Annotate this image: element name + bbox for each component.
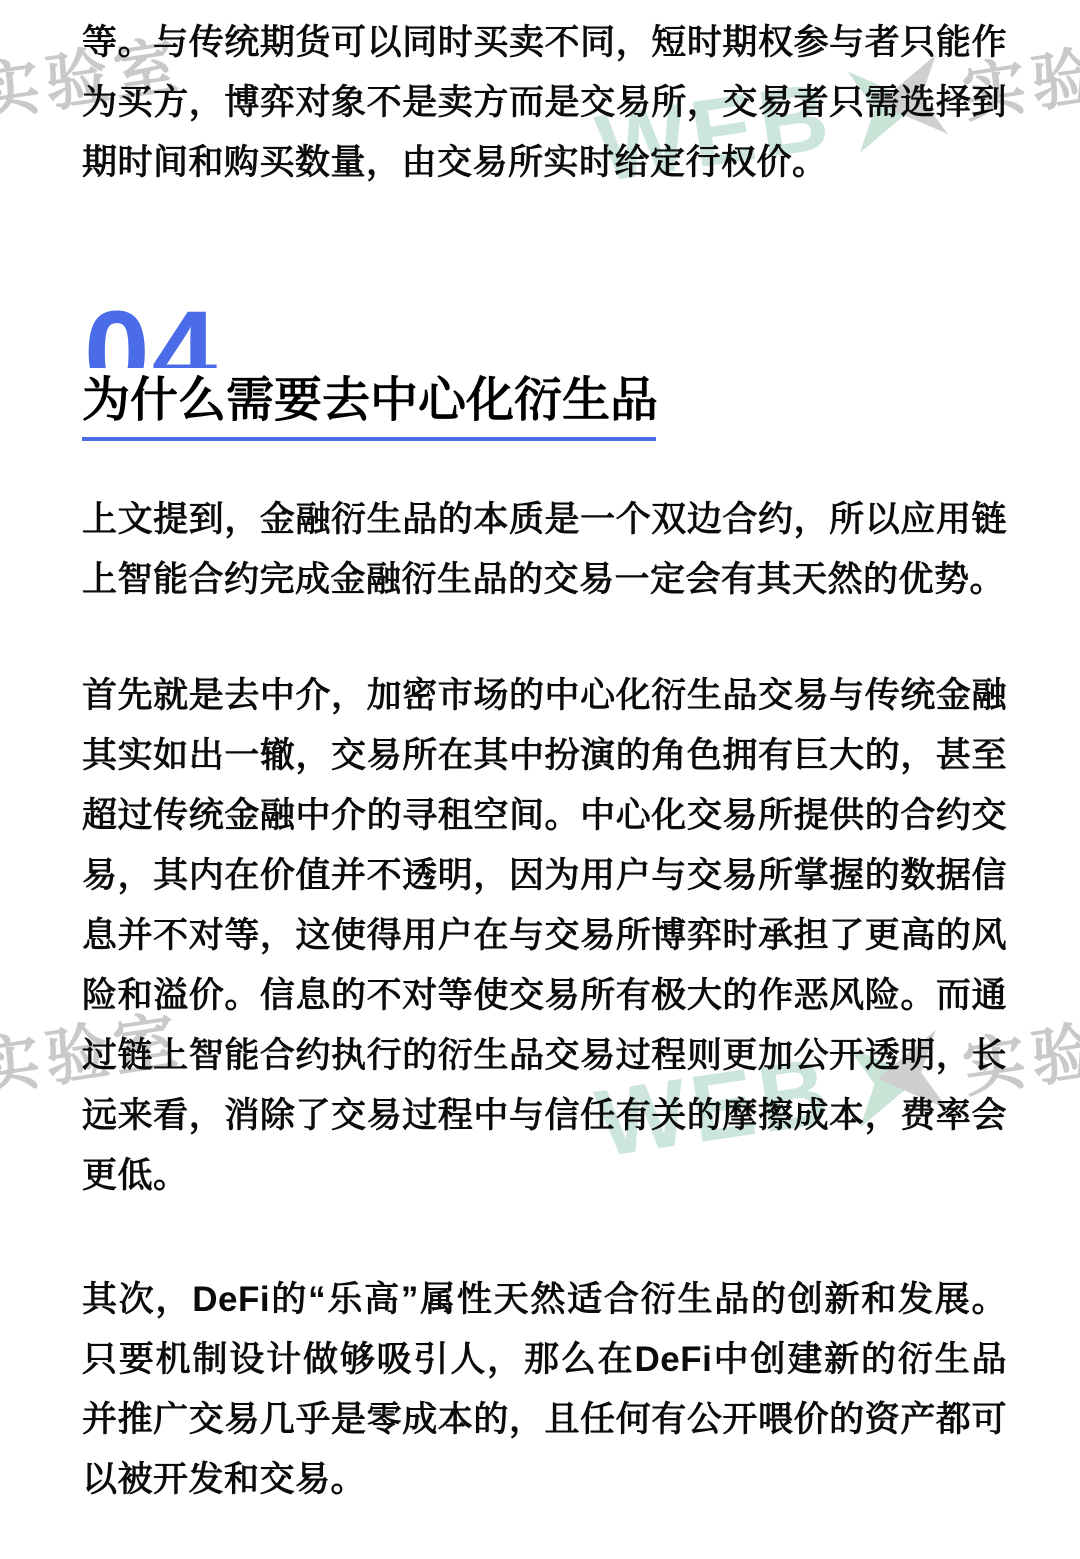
paragraph: 首先就是去中介，加密市场的中心化衍生品交易与传统金融其实如出一辙，交易所在其中扮…	[82, 666, 1007, 1206]
paragraph: 上文提到，金融衍生品的本质是一个双边合约，所以应用链上智能合约完成金融衍生品的交…	[82, 490, 1007, 610]
paragraph: 其次，DeFi的“乐高”属性天然适合衍生品的创新和发展。只要机制设计做够吸引人，…	[82, 1270, 1007, 1510]
article-page: WEB 实验室 WEB 实验室 WEB 实验室 WEB 实验室 等。与传统期货可…	[0, 0, 1080, 1559]
title-underline	[82, 437, 656, 441]
intro-paragraph: 等。与传统期货可以同时买卖不同，短时期权参与者只能作为买方，博弈对象不是卖方而是…	[82, 13, 1007, 193]
section-title: 为什么需要去中心化衍生品	[82, 368, 666, 432]
